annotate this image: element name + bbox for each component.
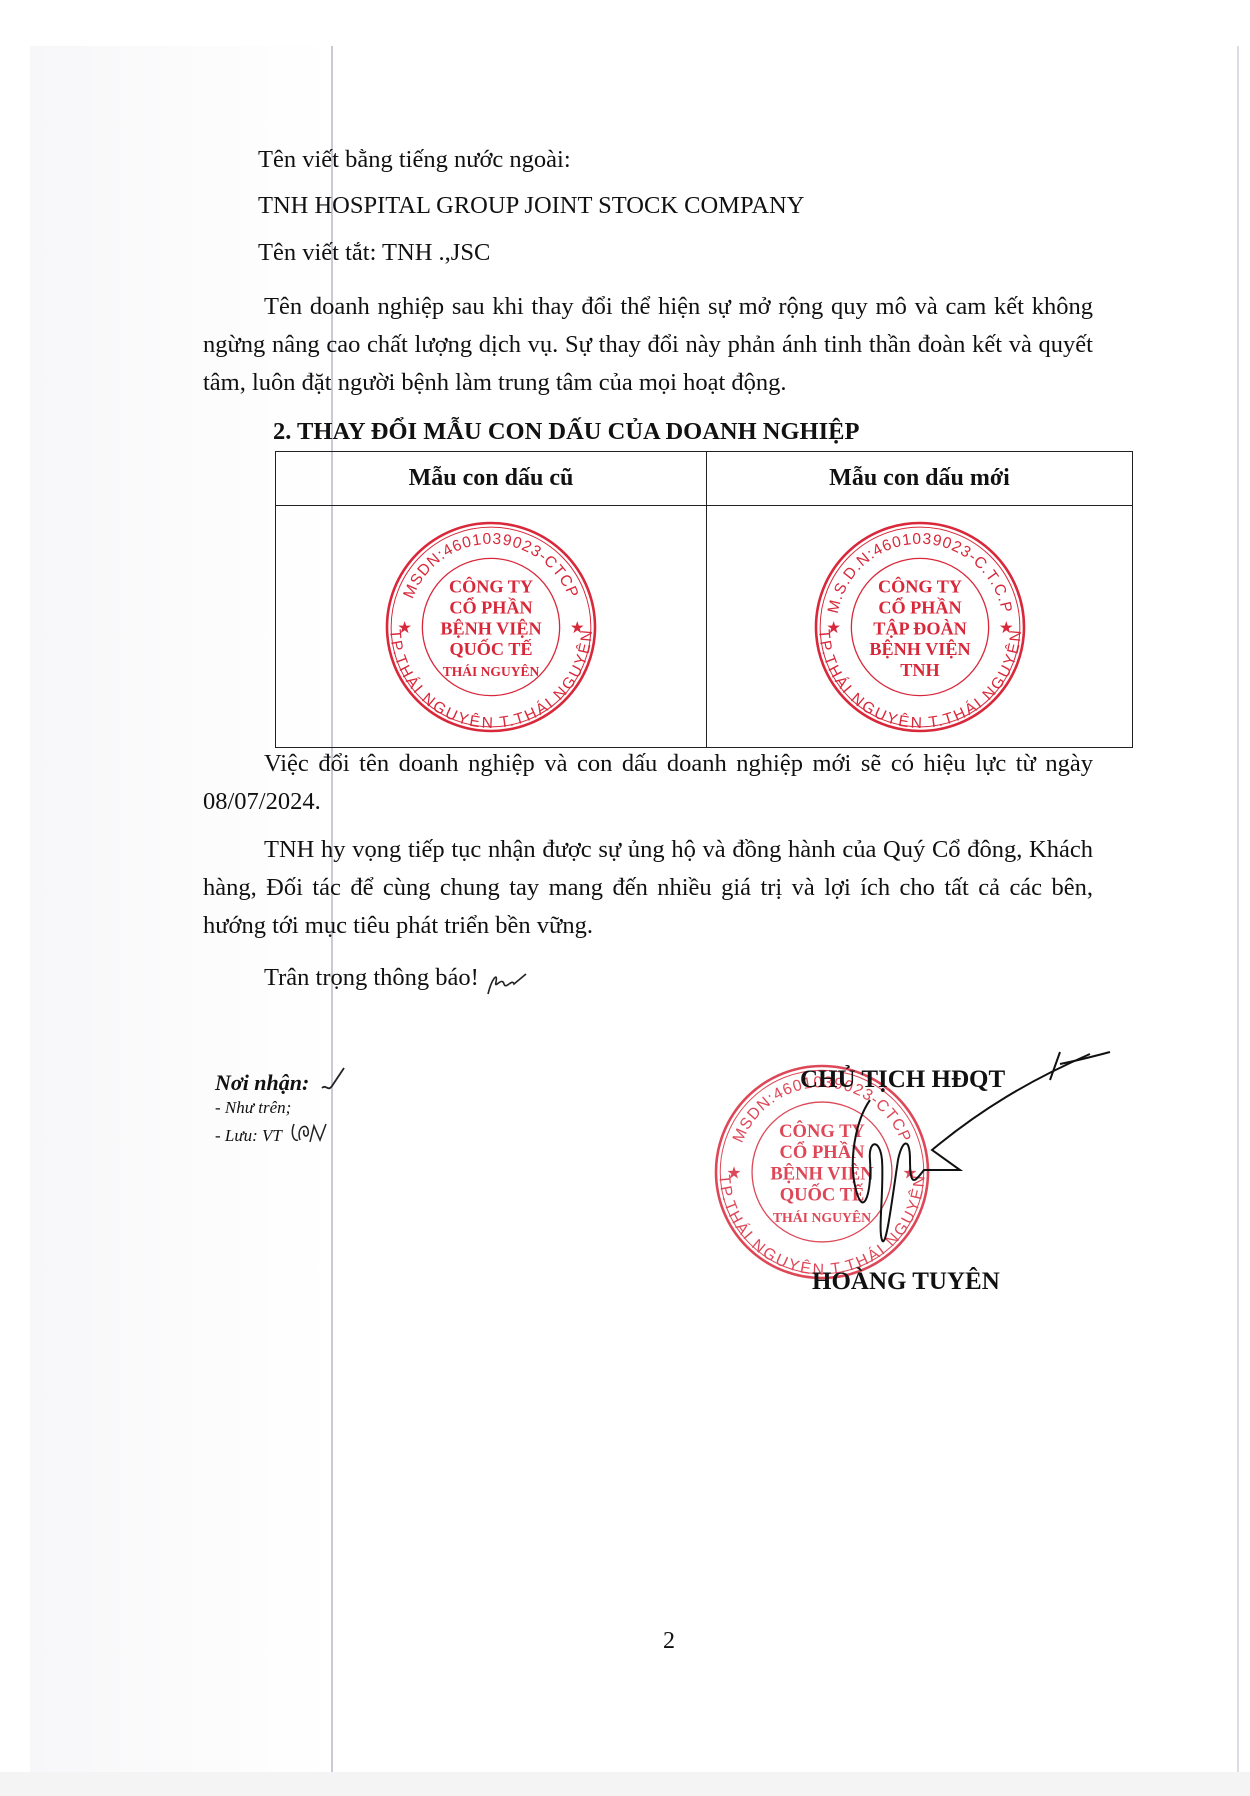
svg-text:CỔ PHẦN: CỔ PHẦN bbox=[449, 596, 532, 617]
page-number: 2 bbox=[663, 1628, 675, 1655]
header-new-stamp: Mẫu con dấu mới bbox=[707, 452, 1133, 506]
new-stamp-image: M.S.D.N:4601039023-C.T.C.P TP.THÁI NGUYÊ… bbox=[708, 519, 1131, 735]
foreign-name-label: Tên viết bằng tiếng nước ngoài: bbox=[258, 148, 571, 173]
old-stamp-image: MSDN:4601039023-CTCP TP.THÁI NGUYÊN T.TH… bbox=[277, 519, 705, 735]
svg-text:BỆNH VIỆN: BỆNH VIỆN bbox=[869, 638, 970, 659]
paragraph-effective-date: Việc đổi tên doanh nghiệp và con dấu doa… bbox=[203, 745, 1093, 821]
signatory-name: HOÀNG TUYÊN bbox=[812, 1268, 1000, 1296]
short-name: Tên viết tắt: TNH .,JSC bbox=[258, 241, 490, 266]
recipients-title: Nơi nhận: bbox=[215, 1070, 309, 1096]
signature-icon bbox=[760, 1040, 1120, 1270]
svg-text:★: ★ bbox=[397, 618, 412, 637]
svg-text:CÔNG TY: CÔNG TY bbox=[877, 575, 961, 596]
paragraph-name-change: Tên doanh nghiệp sau khi thay đổi thể hi… bbox=[203, 288, 1093, 402]
foreign-name: TNH HOSPITAL GROUP JOINT STOCK COMPANY bbox=[258, 194, 804, 219]
svg-text:CÔNG TY: CÔNG TY bbox=[449, 575, 533, 596]
svg-text:★: ★ bbox=[570, 618, 585, 637]
svg-text:★: ★ bbox=[826, 618, 841, 637]
closing-text: Trân trọng thông báo! bbox=[264, 966, 479, 991]
svg-text:QUỐC TẾ: QUỐC TẾ bbox=[449, 638, 532, 659]
stamp-comparison-table: Mẫu con dấu cũ Mẫu con dấu mới MSDN:4601… bbox=[275, 451, 1133, 748]
svg-text:BỆNH VIỆN: BỆNH VIỆN bbox=[440, 617, 541, 638]
page-edge-line bbox=[1237, 46, 1239, 1772]
section-heading: 2. THAY ĐỔI MẪU CON DẤU CỦA DOANH NGHIỆP bbox=[273, 418, 859, 446]
paragraph-thanks: TNH hy vọng tiếp tục nhận được sự ủng hộ… bbox=[203, 831, 1093, 945]
svg-text:TNH: TNH bbox=[900, 659, 939, 679]
svg-text:TẬP ĐOÀN: TẬP ĐOÀN bbox=[873, 617, 966, 638]
initial-mark-icon bbox=[484, 968, 530, 998]
document-page: Tên viết bằng tiếng nước ngoài: TNH HOSP… bbox=[0, 0, 1250, 1772]
initial-mark-icon bbox=[290, 1120, 350, 1146]
check-mark-icon bbox=[318, 1064, 348, 1094]
svg-text:CỔ PHẦN: CỔ PHẦN bbox=[878, 596, 961, 617]
recipient-item: - Như trên; bbox=[215, 1098, 291, 1118]
svg-text:THÁI NGUYÊN: THÁI NGUYÊN bbox=[443, 662, 540, 678]
header-old-stamp: Mẫu con dấu cũ bbox=[276, 452, 707, 506]
svg-text:★: ★ bbox=[998, 618, 1013, 637]
recipient-item: - Lưu: VT bbox=[215, 1126, 282, 1146]
svg-text:★: ★ bbox=[726, 1163, 741, 1182]
